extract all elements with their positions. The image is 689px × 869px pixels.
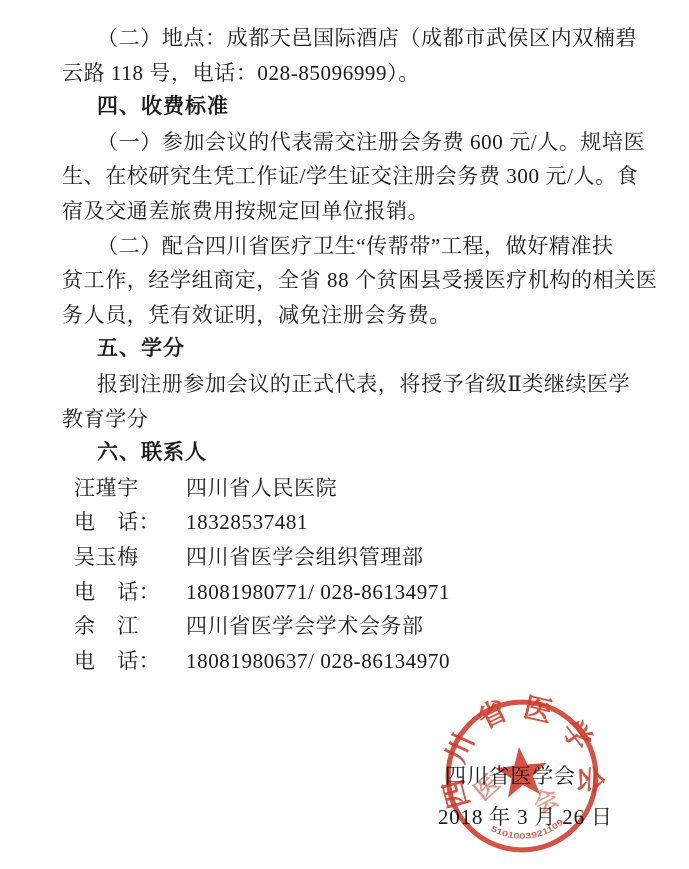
body-line: 务人员，凭有效证明，减免注册会务费。 bbox=[62, 298, 634, 333]
contact-line: 吴玉梅四川省医学会组织管理部 bbox=[62, 540, 634, 575]
contact-value: 四川省人民医院 bbox=[186, 471, 337, 506]
contact-name: 电 话： bbox=[74, 505, 186, 540]
contact-value: 18081980637/ 028-86134970 bbox=[186, 644, 450, 679]
body-line: 教育学分 bbox=[62, 402, 634, 437]
body-line: （二）配合四川省医疗卫生“传帮带”工程，做好精准扶 bbox=[62, 229, 634, 264]
signature-org: 四川省医学会 bbox=[438, 762, 613, 802]
signature-block: 四川省医学会 2018 年 3 月 26 日 bbox=[438, 762, 613, 836]
contact-name: 电 话： bbox=[74, 575, 186, 610]
body-line: 报到注册参加会议的正式代表，将授予省级Ⅱ类继续医学 bbox=[62, 367, 634, 402]
contact-value: 18328537481 bbox=[186, 505, 308, 540]
body-line: 贫工作，经学组商定，全省 88 个贫困县受援医疗机构的相关医 bbox=[62, 263, 634, 298]
contact-value: 四川省医学会组织管理部 bbox=[186, 540, 424, 575]
document-body: （二）地点：成都天邑国际酒店（成都市武侯区内双楠碧云路 118 号，电话：028… bbox=[62, 21, 634, 678]
contact-value: 18081980771/ 028-86134971 bbox=[186, 575, 450, 610]
contact-value: 四川省医学会学术会务部 bbox=[186, 609, 424, 644]
section-heading: 五、学分 bbox=[62, 332, 634, 367]
contact-name: 汪瑾宇 bbox=[74, 471, 186, 506]
contact-line: 电 话：18328537481 bbox=[62, 505, 634, 540]
contact-name: 电 话： bbox=[74, 644, 186, 679]
body-line: 宿及交通差旅费用按规定回单位报销。 bbox=[62, 194, 634, 229]
document-page: （二）地点：成都天邑国际酒店（成都市武侯区内双楠碧云路 118 号，电话：028… bbox=[0, 0, 689, 869]
contact-line: 余 江四川省医学会学术会务部 bbox=[62, 609, 634, 644]
body-line: （二）地点：成都天邑国际酒店（成都市武侯区内双楠碧 bbox=[62, 21, 634, 56]
contact-name: 吴玉梅 bbox=[74, 540, 186, 575]
section-heading: 六、联系人 bbox=[62, 436, 634, 471]
body-line: （一）参加会议的代表需交注册会务费 600 元/人。规培医 bbox=[62, 125, 634, 160]
section-heading: 四、收费标准 bbox=[62, 90, 634, 125]
signature-date: 2018 年 3 月 26 日 bbox=[438, 802, 613, 836]
body-line: 生、在校研究生凭工作证/学生证交注册会务费 300 元/人。食 bbox=[62, 159, 634, 194]
contact-line: 电 话：18081980771/ 028-86134971 bbox=[62, 575, 634, 610]
body-line: 云路 118 号，电话：028-85096999）。 bbox=[62, 56, 634, 91]
contact-line: 电 话：18081980637/ 028-86134970 bbox=[62, 644, 634, 679]
contact-name: 余 江 bbox=[74, 609, 186, 644]
contact-line: 汪瑾宇四川省人民医院 bbox=[62, 471, 634, 506]
